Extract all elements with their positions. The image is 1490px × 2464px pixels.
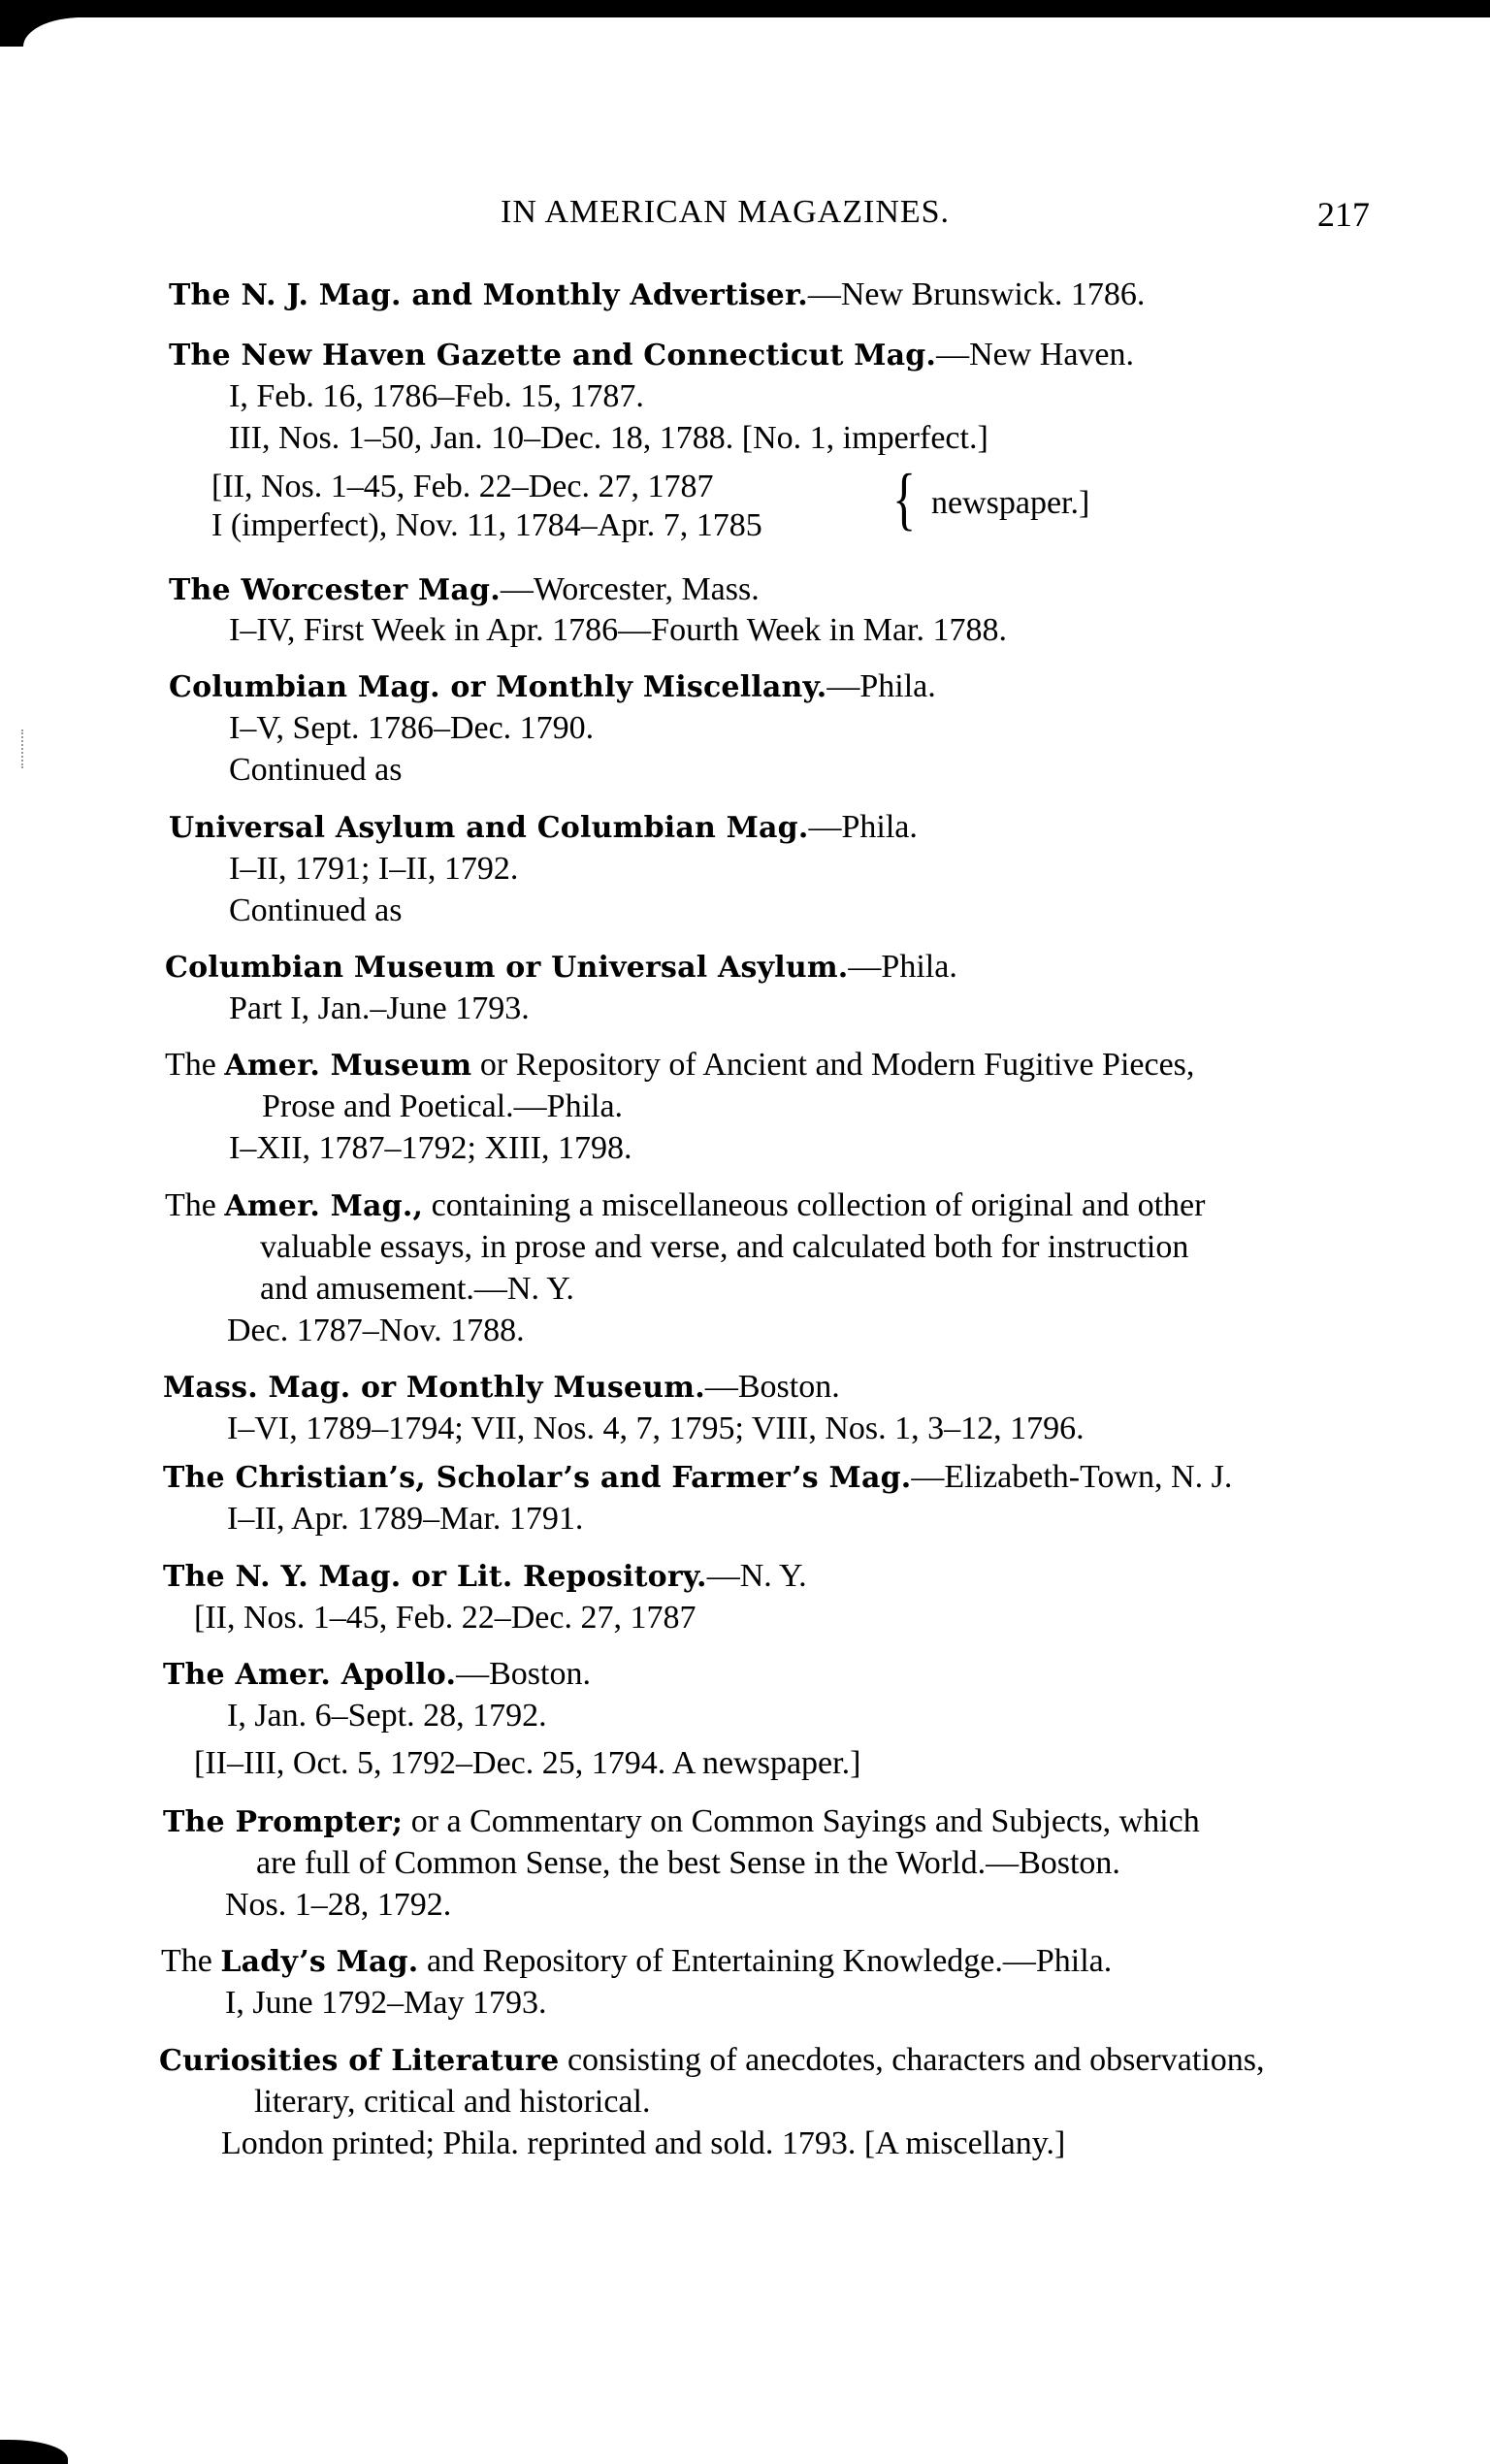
entry-holding: [II–III, Oct. 5, 1792–Dec. 25, 1794. A n… <box>194 1744 860 1783</box>
entry-holding: Part I, Jan.–June 1793. <box>229 989 530 1028</box>
entry-holding: [II, Nos. 1–45, Feb. 22–Dec. 27, 1787 <box>211 468 714 506</box>
scan-edge-bottom <box>0 2440 68 2464</box>
entry-title: The Worcester Mag.—Worcester, Mass. <box>169 570 760 610</box>
entry-title: The N. Y. Mag. or Lit. Repository.—N. Y. <box>163 1557 807 1597</box>
entry-title: Universal Asylum and Columbian Mag.—Phil… <box>169 808 918 848</box>
entry-title: The Prompter; or a Commentary on Common … <box>163 1802 1200 1842</box>
entry-holding: Continued as <box>229 892 402 930</box>
entry-holding: I–II, Apr. 1789–Mar. 1791. <box>227 1500 583 1539</box>
entry-holding: I (imperfect), Nov. 11, 1784–Apr. 7, 178… <box>211 506 762 545</box>
scan-edge-curl-mask <box>23 17 159 56</box>
entry-holding: III, Nos. 1–50, Jan. 10–Dec. 18, 1788. [… <box>229 419 988 458</box>
entry-title: The N. J. Mag. and Monthly Advertiser.—N… <box>169 276 1145 315</box>
entry-holding: I, Jan. 6–Sept. 28, 1792. <box>227 1697 547 1735</box>
entry-title: The New Haven Gazette and Connecticut Ma… <box>169 336 1134 375</box>
entry-holding: Dec. 1787–Nov. 1788. <box>227 1312 525 1350</box>
entry-holding: I–V, Sept. 1786–Dec. 1790. <box>229 709 594 748</box>
entry-title: The Amer. Apollo.—Boston. <box>163 1655 591 1695</box>
page-number: 217 <box>1317 194 1370 235</box>
entry-holding: I–VI, 1789–1794; VII, Nos. 4, 7, 1795; V… <box>227 1410 1085 1448</box>
entry-title: The Amer. Mag., containing a miscellaneo… <box>165 1186 1205 1226</box>
page-header: IN AMERICAN MAGAZINES. 217 <box>0 194 1490 243</box>
entry-holding: London printed; Phila. reprinted and sol… <box>221 2124 1065 2163</box>
brace-note: newspaper.] <box>931 485 1089 522</box>
entry-title-continued: valuable essays, in prose and verse, and… <box>260 1228 1188 1267</box>
entry-title-continued: Prose and Poetical.—Phila. <box>262 1087 623 1126</box>
entry-holding: Continued as <box>229 751 402 790</box>
entry-holding: I–IV, First Week in Apr. 1786—Fourth Wee… <box>229 611 1007 650</box>
brace-glyph: { <box>892 464 916 534</box>
entry-title-continued: literary, critical and historical. <box>254 2083 650 2122</box>
entry-holding: Nos. 1–28, 1792. <box>225 1886 451 1925</box>
entry-title: The Lady’s Mag. and Repository of Entert… <box>161 1942 1112 1982</box>
scan-edge-top <box>0 0 1490 17</box>
entry-holding: I, June 1792–May 1793. <box>225 1984 546 2023</box>
entry-holding: I, Feb. 16, 1786–Feb. 15, 1787. <box>229 377 644 416</box>
entry-holding: I–XII, 1787–1792; XIII, 1798. <box>229 1129 632 1168</box>
scan-artifact <box>21 729 25 768</box>
entry-title: Columbian Mag. or Monthly Miscellany.—Ph… <box>169 667 936 707</box>
entry-title: Mass. Mag. or Monthly Museum.—Boston. <box>163 1368 840 1408</box>
entry-title: Columbian Museum or Universal Asylum.—Ph… <box>165 948 957 988</box>
entry-title: The Amer. Museum or Repository of Ancien… <box>165 1046 1194 1086</box>
entry-holding: [II, Nos. 1–45, Feb. 22–Dec. 27, 1787 <box>194 1599 696 1637</box>
entry-title: Curiosities of Literature consisting of … <box>159 2041 1264 2081</box>
entry-holding: I–II, 1791; I–II, 1792. <box>229 850 518 889</box>
entry-title-continued: are full of Common Sense, the best Sense… <box>256 1844 1120 1883</box>
entry-title-continued: and amusement.—N. Y. <box>260 1270 574 1309</box>
running-title: IN AMERICAN MAGAZINES. <box>501 194 950 231</box>
entry-title: The Christian’s, Scholar’s and Farmer’s … <box>163 1458 1232 1498</box>
